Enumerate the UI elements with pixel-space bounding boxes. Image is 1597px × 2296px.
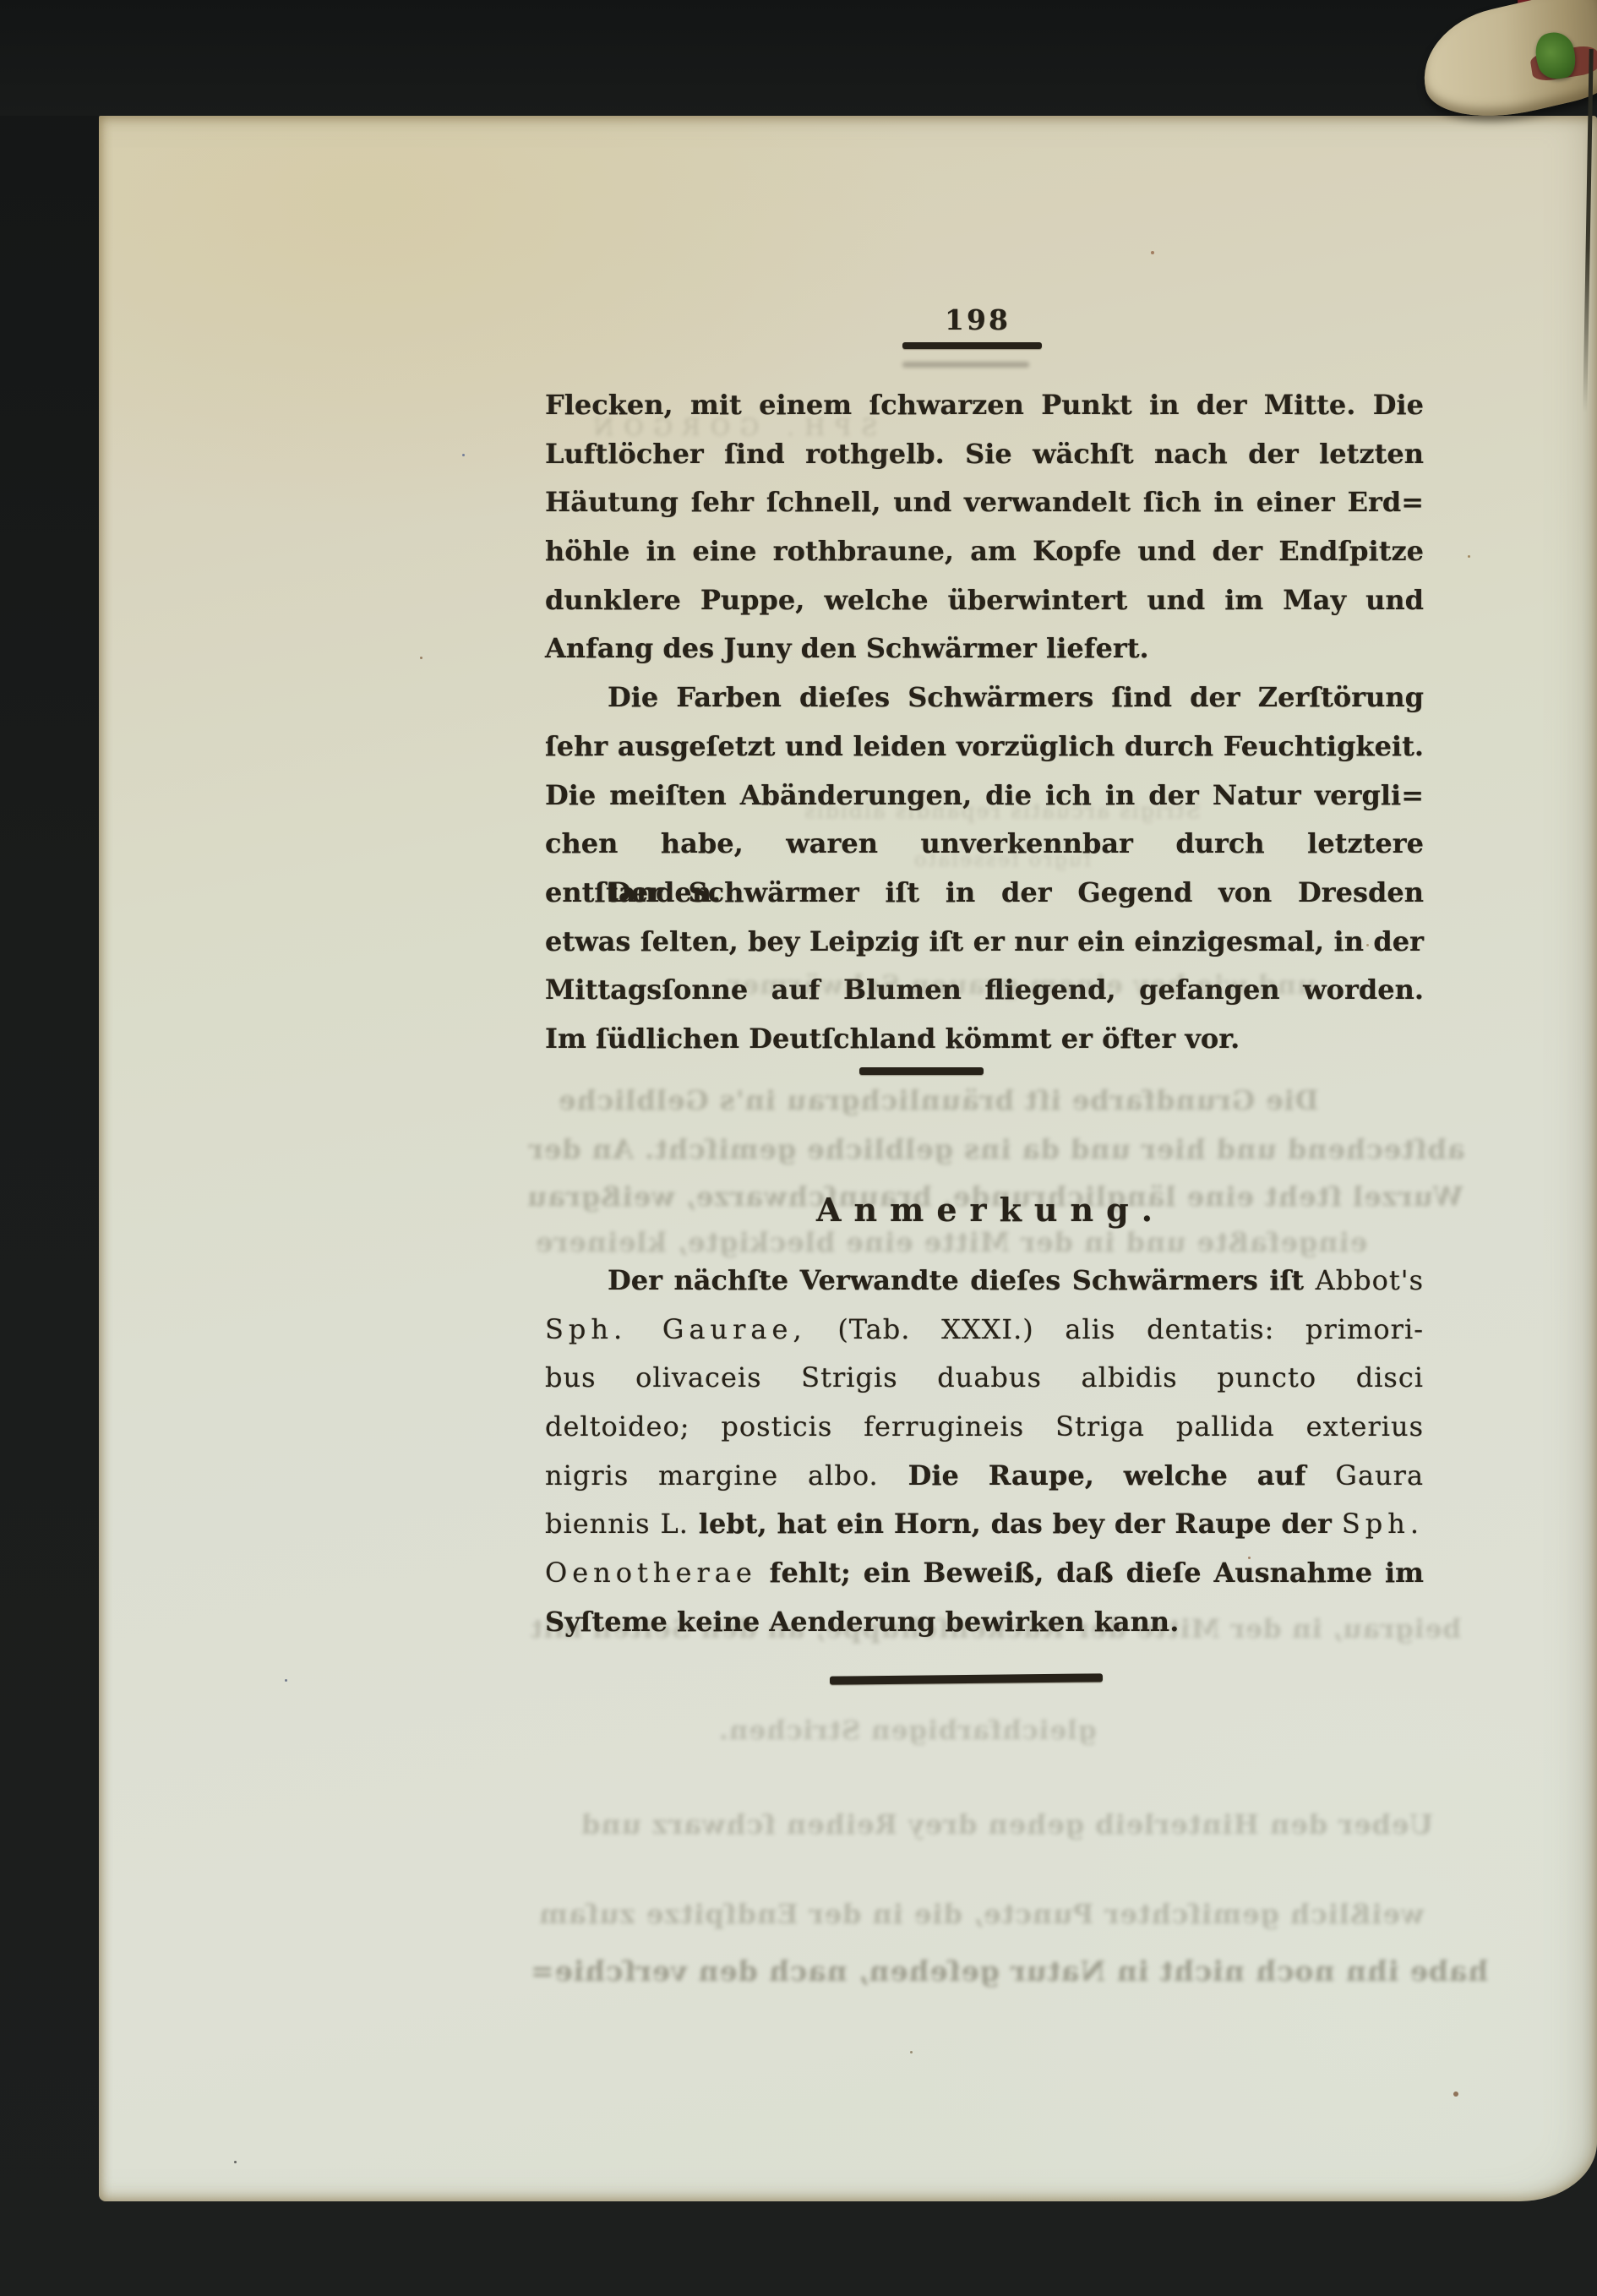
bleedthrough-text: habe ihn noch nicht in Natur geſehen, na… <box>530 1955 1488 1988</box>
bleedthrough-text: eingefaßte und in der Mitte eine bleckig… <box>535 1226 1367 1258</box>
paper-speck <box>1248 1557 1251 1559</box>
text-segment-fraktur: Häutung ſehr ſchnell, und verwandelt ſic… <box>545 486 1424 518</box>
paper-speck <box>420 657 422 659</box>
text-segment-antiqua: alis dentatis: primori- <box>1065 1313 1424 1345</box>
text-segment-fraktur: Die Farben dieſes Schwärmers ſind der Ze… <box>608 681 1424 713</box>
text-segment-fraktur: Im ſüdlichen Deutſchland kömmt er öfter … <box>545 1023 1240 1055</box>
text-line: deltoideo; posticis ferrugineis Striga p… <box>545 1403 1424 1452</box>
text-segment-fraktur: Der nächſte Verwandte dieſes Schwärmers … <box>608 1264 1316 1296</box>
paper-speck <box>462 454 465 456</box>
text-segment-fraktur: Luftlöcher ſind rothgelb. Sie wächſt nac… <box>545 438 1424 470</box>
text-line: Flecken, mit einem ſchwarzen Punkt in de… <box>545 381 1424 430</box>
text-segment-fraktur: Syſteme keine Aenderung bewirken kann. <box>545 1606 1179 1638</box>
bleedthrough-text: weißlich gemiſchter Puncte, die in der E… <box>538 1898 1424 1930</box>
text-line: ſehr ausgeſetzt und leiden vorzüglich du… <box>545 723 1424 772</box>
text-segment-antiqua: Gaura <box>1335 1459 1424 1492</box>
text-segment-antiqua: deltoideo; posticis ferrugineis Striga p… <box>545 1410 1424 1442</box>
bleedthrough-text: abſtechend und hier und da ins gelbliche… <box>528 1133 1465 1165</box>
text-line: bus olivaceis Strigis duabus albidis pun… <box>545 1354 1424 1403</box>
paper-speck <box>234 2161 237 2163</box>
bleedthrough-text: gleichfarbigen Strichen. <box>718 1715 1097 1746</box>
page-number-rule-bleedthrough <box>902 362 1029 368</box>
text-segment-antiqua: (Tab. XXXI.) <box>807 1313 1066 1345</box>
text-segment-antiqua-sp: Sph. Gaurae, <box>545 1313 807 1345</box>
scanner-background-top <box>0 0 1597 116</box>
text-line: etwas ſelten, bey Leipzig iſt er nur ein… <box>545 918 1424 967</box>
text-segment-fraktur: Die Raupe, welche auf <box>879 1459 1336 1492</box>
text-line: Der Schwärmer iſt in der Gegend von Dres… <box>545 869 1424 918</box>
text-segment-fraktur: fehlt; ein Beweiß, daß dieſe Ausnahme im <box>757 1557 1424 1589</box>
paper-speck <box>1453 2091 1458 2097</box>
text-segment-fraktur: Die meiſten Abänderungen, die ich in der… <box>545 779 1424 811</box>
paper-speck <box>1468 555 1470 558</box>
text-segment-fraktur: ſehr ausgeſetzt und leiden vorzüglich du… <box>545 730 1424 762</box>
bleedthrough-text: Die Grundfarbe iſt bräunlichgrau in's Ge… <box>558 1084 1319 1116</box>
section-separator-rule <box>859 1067 984 1075</box>
text-segment-antiqua: nigris margine albo. <box>545 1459 879 1492</box>
text-segment-fraktur: lebt, hat ein Horn, das bey der Raupe de… <box>689 1508 1342 1540</box>
text-line: Syſteme keine Aenderung bewirken kann. <box>545 1598 1424 1647</box>
text-line: Die meiſten Abänderungen, die ich in der… <box>545 772 1424 821</box>
text-line: Der nächſte Verwandte dieſes Schwärmers … <box>545 1257 1424 1306</box>
text-segment-antiqua: bus olivaceis Strigis duabus albidis pun… <box>545 1361 1424 1393</box>
paper-speck <box>285 1679 287 1682</box>
text-line: Luftlöcher ſind rothgelb. Sie wächſt nac… <box>545 430 1424 479</box>
text-segment-fraktur: Flecken, mit einem ſchwarzen Punkt in de… <box>545 389 1424 421</box>
text-line: Mittagsſonne auf Blumen fliegend, gefang… <box>545 966 1424 1015</box>
page-number-rule <box>902 342 1042 349</box>
note-heading: Anmerkung. <box>545 1191 1424 1229</box>
page-number: 198 <box>859 303 1096 336</box>
text-line: dunklere Puppe, welche überwintert und i… <box>545 576 1424 625</box>
text-line: nigris margine albo. Die Raupe, welche a… <box>545 1452 1424 1501</box>
text-segment-fraktur: Mittagsſonne auf Blumen fliegend, gefang… <box>545 973 1424 1006</box>
text-line: Häutung ſehr ſchnell, und verwandelt ſic… <box>545 478 1424 527</box>
note-text-block: Der nächſte Verwandte dieſes Schwärmers … <box>545 1257 1424 1647</box>
text-segment-fraktur: etwas ſelten, bey Leipzig iſt er nur ein… <box>545 925 1424 957</box>
text-line: Sph. Gaurae, (Tab. XXXI.) alis dentatis:… <box>545 1306 1424 1355</box>
text-segment-fraktur: höhle in eine rothbraune, am Kopfe und d… <box>545 535 1424 567</box>
text-segment-fraktur: dunklere Puppe, welche überwintert und i… <box>545 584 1424 616</box>
text-line: höhle in eine rothbraune, am Kopfe und d… <box>545 527 1424 576</box>
text-line: Oenotherae fehlt; ein Beweiß, daß dieſe … <box>545 1549 1424 1598</box>
text-segment-antiqua: biennis L. <box>545 1508 689 1540</box>
text-segment-fraktur: Der Schwärmer iſt in der Gegend von Dres… <box>608 876 1424 908</box>
main-text-block: Flecken, mit einem ſchwarzen Punkt in de… <box>545 381 1424 1064</box>
scanned-book-page: SPH. GORGONStrigis arcuatis repandis alb… <box>0 0 1597 2296</box>
text-line: Die Farben dieſes Schwärmers ſind der Ze… <box>545 674 1424 723</box>
text-segment-antiqua: Abbot's <box>1316 1264 1424 1296</box>
paper-speck <box>1151 251 1154 254</box>
paper-speck <box>1366 944 1369 946</box>
text-segment-fraktur: Anfang des Juny den Schwärmer liefert. <box>545 632 1149 664</box>
paper-sheet: SPH. GORGONStrigis arcuatis repandis alb… <box>99 116 1597 2201</box>
text-line: Im ſüdlichen Deutſchland kömmt er öfter … <box>545 1015 1424 1064</box>
text-segment-antiqua-sp: Oenotherae <box>545 1557 757 1589</box>
text-line: chen habe, waren unverkennbar durch letz… <box>545 820 1424 869</box>
paper-speck <box>910 2051 913 2053</box>
bottom-rule <box>830 1673 1103 1684</box>
bleedthrough-text: Ueber den Hinterleib gehen drey Reihen ſ… <box>580 1808 1433 1841</box>
text-segment-antiqua-sp: Sph. <box>1342 1508 1424 1540</box>
text-line: biennis L. lebt, hat ein Horn, das bey d… <box>545 1500 1424 1549</box>
text-line: Anfang des Juny den Schwärmer liefert. <box>545 624 1424 674</box>
